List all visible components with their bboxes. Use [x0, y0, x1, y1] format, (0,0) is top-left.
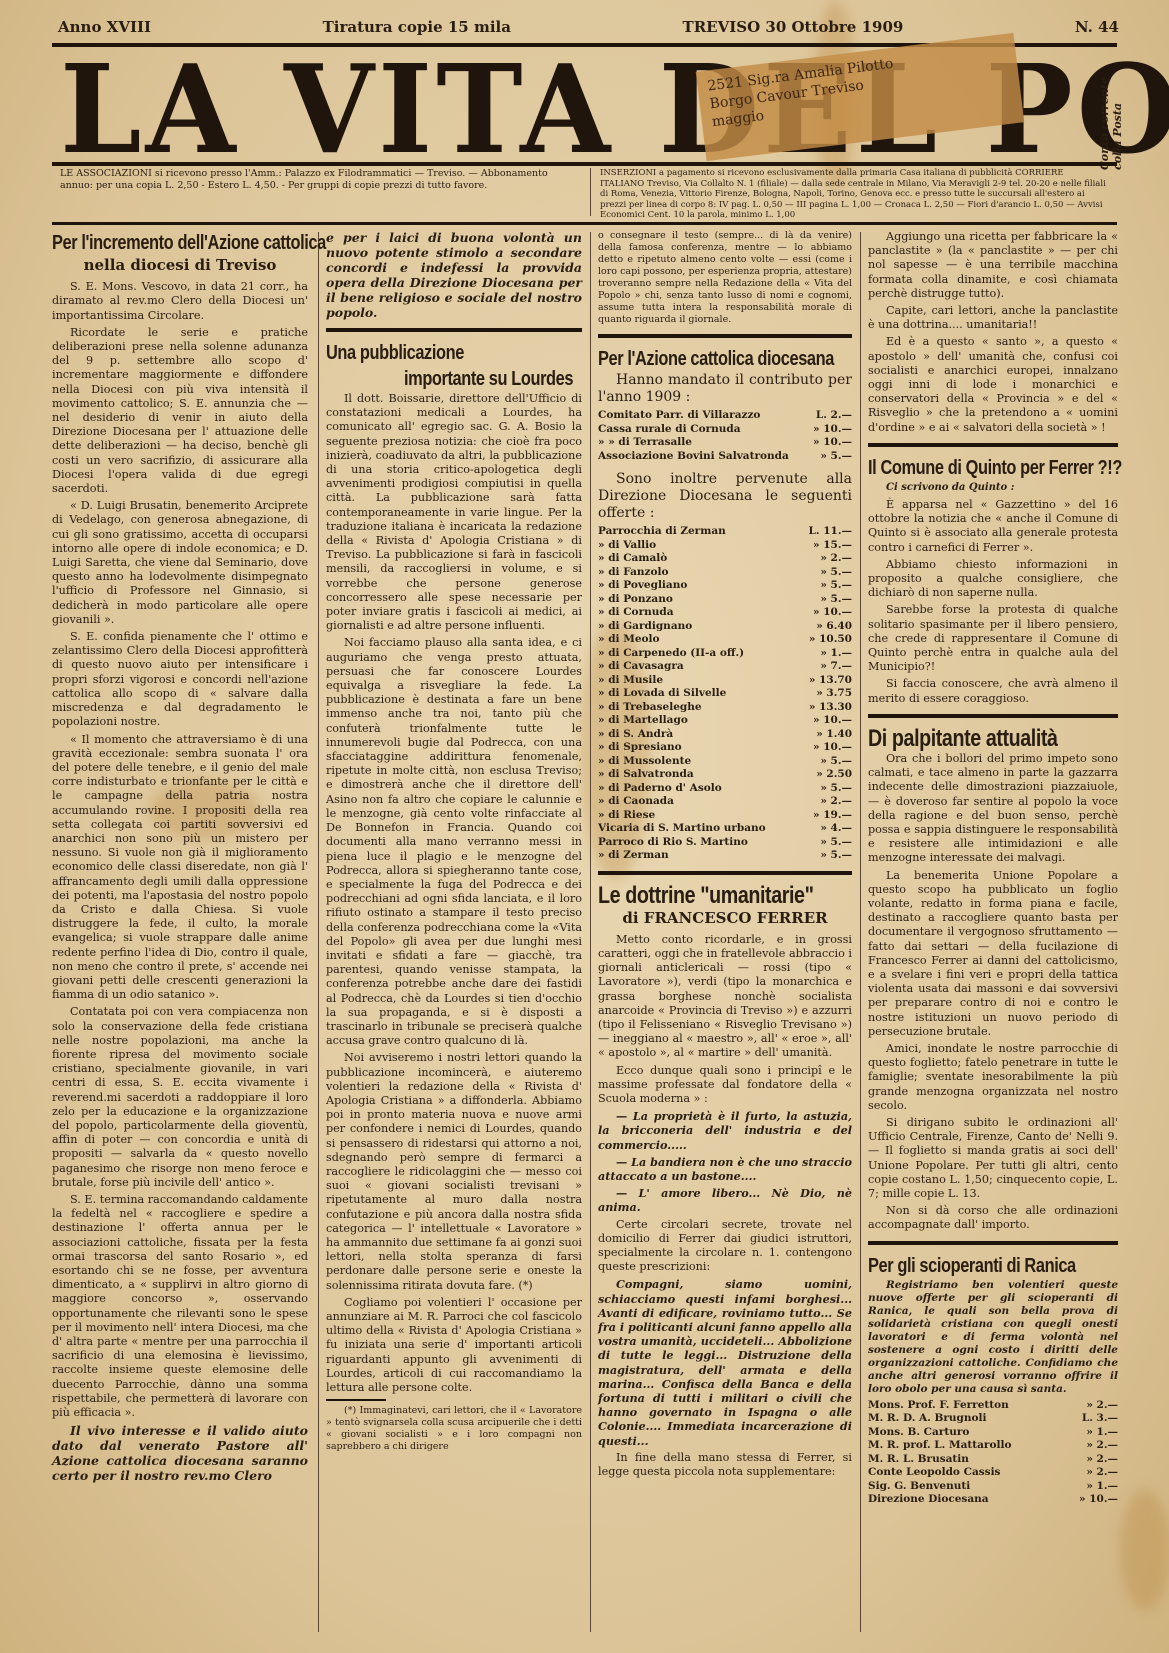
- donor: Cassa rurale di Cornuda: [598, 423, 809, 437]
- donor: » di Meolo: [598, 633, 800, 647]
- paragraph: Sarebbe forse la protesta di qualche sol…: [868, 603, 1118, 674]
- donor: » di Camalò: [598, 552, 800, 566]
- table-row: Sig. G. Benvenuti» 1.—: [868, 1480, 1118, 1494]
- paragraph: Ecco dunque quali sono i principî e le m…: [598, 1064, 852, 1107]
- offerte-table: Parrocchia di ZermanL. 11.—» di Vallio» …: [598, 525, 852, 863]
- donor: M. R. D. A. Brugnoli: [868, 1412, 1065, 1426]
- donor: » di Gardignano: [598, 620, 800, 634]
- donor: » di Fanzolo: [598, 566, 800, 580]
- donor: » di S. Andrà: [598, 728, 800, 742]
- paragraph: Noi avviseremo i nostri lettori quando l…: [326, 1051, 582, 1292]
- paragraph: S. E. Mons. Vescovo, in data 21 corr., h…: [52, 280, 308, 323]
- amount: » 13.70: [800, 674, 852, 688]
- article-subtitle: nella diocesi di Treviso: [52, 258, 308, 272]
- amount: » 10.—: [800, 741, 852, 755]
- amount: » 10.—: [1065, 1493, 1118, 1507]
- donor: » di Salvatronda: [598, 768, 800, 782]
- paragraph: La benemerita Unione Popolare a questo s…: [868, 869, 1118, 1039]
- table-row: » di Gardignano» 6.40: [598, 620, 852, 634]
- donor: » di Zerman: [598, 849, 800, 863]
- table-row: » di Musile» 13.70: [598, 674, 852, 688]
- amount: » 5.—: [809, 450, 852, 464]
- article-title: Per l'Azione cattolica diocesana: [598, 346, 806, 372]
- amount: » 4.—: [800, 822, 852, 836]
- donor: Mons. Prof. F. Ferretton: [868, 1399, 1065, 1413]
- donor: » di Riese: [598, 809, 800, 823]
- column-4: Aggiungo una ricetta per fabbricare la «…: [868, 230, 1118, 1507]
- donor: » di Ponzano: [598, 593, 800, 607]
- amount: » 2.50: [800, 768, 852, 782]
- donor: » di Lovada di Silvelle: [598, 687, 800, 701]
- table-row: » di Martellago» 10.—: [598, 714, 852, 728]
- paragraph: Noi facciamo plauso alla santa idea, e c…: [326, 636, 582, 1048]
- amount: » 1.—: [800, 647, 852, 661]
- donor: » di Caonada: [598, 795, 800, 809]
- donor: » di Cornuda: [598, 606, 800, 620]
- amount: » 5.—: [800, 849, 852, 863]
- paragraph: Abbiamo chiesto informazioni in proposit…: [868, 558, 1118, 601]
- donor: » di Carpenedo (II-a off.): [598, 647, 800, 661]
- article-subtitle: di FRANCESCO FERRER: [598, 911, 852, 925]
- divider: [590, 168, 591, 216]
- associazioni-info: LE ASSOCIAZIONI si ricevono presso l'Amm…: [60, 168, 580, 192]
- article-title: Di palpitante attualità: [868, 726, 1073, 752]
- intro: Registriamo ben volentieri queste nuove …: [868, 1279, 1118, 1396]
- donor: » di Povegliano: [598, 579, 800, 593]
- article-title: Per gli scioperanti di Ranica: [868, 1253, 1073, 1279]
- amount: » 1.—: [1065, 1480, 1118, 1494]
- paragraph: Aggiungo una ricetta per fabbricare la «…: [868, 230, 1118, 301]
- amount: L. 2.—: [809, 409, 852, 423]
- table-row: » di Mussolente» 5.—: [598, 755, 852, 769]
- donor: Associazione Bovini Salvatronda: [598, 450, 809, 464]
- amount: » 5.—: [800, 593, 852, 607]
- table-row: » di Carpenedo (II-a off.)» 1.—: [598, 647, 852, 661]
- table-row: » di Povegliano» 5.—: [598, 579, 852, 593]
- amount: » 2.—: [1065, 1399, 1118, 1413]
- paragraph: Il dott. Boissarie, direttore dell'Uffic…: [326, 392, 582, 633]
- donor: Conte Leopoldo Cassis: [868, 1466, 1065, 1480]
- amount: » 5.—: [800, 836, 852, 850]
- amount: » 2.—: [800, 795, 852, 809]
- table-row: Mons. Prof. F. Ferretton» 2.—: [868, 1399, 1118, 1413]
- footnote: (*) Immaginatevi, cari lettori, che il «…: [326, 1405, 582, 1453]
- donor: » di Martellago: [598, 714, 800, 728]
- amount: » 2.—: [1065, 1466, 1118, 1480]
- donor: » di Vallio: [598, 539, 800, 553]
- donor: » » di Terrasalle: [598, 436, 809, 450]
- paragraph: Amici, inondate le nostre parrocchie di …: [868, 1042, 1118, 1113]
- donor: Sig. G. Benvenuti: [868, 1480, 1065, 1494]
- prescriptions: Compagni, siamo uomini, schiacciamo ques…: [598, 1277, 852, 1447]
- footnote-rule: [326, 1399, 386, 1401]
- paragraph: Si faccia conoscere, che avrà almeno il …: [868, 677, 1118, 705]
- table-row: » di Caonada» 2.—: [598, 795, 852, 809]
- table-row: » di Lovada di Silvelle» 3.75: [598, 687, 852, 701]
- paragraph: « Il momento che attraversiamo è di una …: [52, 733, 308, 1003]
- paragraph: È apparsa nel « Gazzettino » del 16 otto…: [868, 498, 1118, 555]
- table-row: Mons. B. Carturo» 1.—: [868, 1426, 1118, 1440]
- amount: » 10.—: [800, 606, 852, 620]
- table-row: » » di Terrasalle» 10.—: [598, 436, 852, 450]
- stain: [1120, 1490, 1169, 1610]
- inserzioni-info: INSERZIONI a pagamento si ricevono esclu…: [600, 168, 1110, 221]
- table-row: » di Paderno d' Asolo» 5.—: [598, 782, 852, 796]
- table-row: Direzione Diocesana» 10.—: [868, 1493, 1118, 1507]
- donor: Parrocchia di Zerman: [598, 525, 800, 539]
- quote: — La bandiera non è che uno straccio att…: [598, 1155, 852, 1183]
- table-row: » di Vallio» 15.—: [598, 539, 852, 553]
- paragraph: Certe circolari secrete, trovate nel dom…: [598, 1218, 852, 1275]
- table-row: Associazione Bovini Salvatronda» 5.—: [598, 450, 852, 464]
- amount: » 2.—: [800, 552, 852, 566]
- paragraph: Contatata poi con vera compiacenza non s…: [52, 1005, 308, 1190]
- rule: [52, 222, 1117, 225]
- article-title: Per l'incremento dell'Azione cattolica: [52, 230, 262, 256]
- amount: » 10.—: [809, 436, 852, 450]
- table-row: » di Riese» 19.—: [598, 809, 852, 823]
- separator: [598, 334, 852, 338]
- table-row: M. R. D. A. BrugnoliL. 3.—: [868, 1412, 1118, 1426]
- amount: » 10.—: [800, 714, 852, 728]
- amount: » 5.—: [800, 566, 852, 580]
- table-row: » di Salvatronda» 2.50: [598, 768, 852, 782]
- closing-italic: Il vivo interesse e il valido aiuto dato…: [52, 1423, 308, 1483]
- separator: [326, 328, 582, 332]
- donor: Parroco di Rio S. Martino: [598, 836, 800, 850]
- amount: » 5.—: [800, 579, 852, 593]
- amount: » 5.—: [800, 755, 852, 769]
- table-row: » di Cornuda» 10.—: [598, 606, 852, 620]
- donor: Mons. B. Carturo: [868, 1426, 1065, 1440]
- column-1: Per l'incremento dell'Azione cattolica n…: [52, 230, 308, 1486]
- amount: » 2.—: [1065, 1439, 1118, 1453]
- column-3: o consegnare il testo (sempre... di là d…: [598, 230, 852, 1482]
- column-divider: [590, 232, 591, 1632]
- table-row: Vicaria di S. Martino urbano» 4.—: [598, 822, 852, 836]
- table-row: » di Ponzano» 5.—: [598, 593, 852, 607]
- article-title: Le dottrine "umanitarie": [598, 883, 806, 909]
- donor: M. R. prof. L. Mattarollo: [868, 1439, 1065, 1453]
- intro: Hanno mandato il contributo per l'anno 1…: [598, 372, 852, 406]
- table-row: » di Meolo» 10.50: [598, 633, 852, 647]
- table-row: » di Cavasagra» 7.—: [598, 660, 852, 674]
- amount: » 7.—: [800, 660, 852, 674]
- amount: » 10.—: [809, 423, 852, 437]
- separator: [598, 871, 852, 875]
- donor: » di Paderno d' Asolo: [598, 782, 800, 796]
- amount: L. 11.—: [800, 525, 852, 539]
- ranica-table: Mons. Prof. F. Ferretton» 2.—M. R. D. A.…: [868, 1399, 1118, 1507]
- donor: Direzione Diocesana: [868, 1493, 1065, 1507]
- table-row: Cassa rurale di Cornuda» 10.—: [598, 423, 852, 437]
- donor: Comitato Parr. di Villarazzo: [598, 409, 809, 423]
- paragraph: Ed è a questo « santo », a questo « apos…: [868, 335, 1118, 434]
- paragraph: Ricordate le serie e pratiche deliberazi…: [52, 326, 308, 496]
- paragraph: Ora che i bollori del primo impeto sono …: [868, 752, 1118, 866]
- separator: [868, 443, 1118, 447]
- paragraph: Si dirigano subito le ordinazioni all' U…: [868, 1116, 1118, 1201]
- amount: » 5.—: [800, 782, 852, 796]
- amount: » 2.—: [1065, 1453, 1118, 1467]
- amount: » 6.40: [800, 620, 852, 634]
- amount: » 1.40: [800, 728, 852, 742]
- article-title: Il Comune di Quinto per Ferrer ?!?: [868, 455, 1073, 481]
- donor: Vicaria di S. Martino urbano: [598, 822, 800, 836]
- column-2: e per i laici di buona volontà un nuovo …: [326, 230, 582, 1456]
- separator: [868, 714, 1118, 718]
- paragraph: « D. Luigi Brusatin, benemerito Arcipret…: [52, 499, 308, 627]
- table-row: » di Camalò» 2.—: [598, 552, 852, 566]
- amount: L. 3.—: [1065, 1412, 1118, 1426]
- amount: » 13.30: [800, 701, 852, 715]
- amount: » 10.50: [800, 633, 852, 647]
- table-row: » di Zerman» 5.—: [598, 849, 852, 863]
- quote: — La proprietà è il furto, la astuzia, l…: [598, 1109, 852, 1152]
- table-row: M. R. prof. L. Mattarollo» 2.—: [868, 1439, 1118, 1453]
- continuation-italic: e per i laici di buona volontà un nuovo …: [326, 230, 582, 320]
- column-divider: [318, 232, 319, 1632]
- donor: » di Musile: [598, 674, 800, 688]
- table-row: Parroco di Rio S. Martino» 5.—: [598, 836, 852, 850]
- footnote-continuation: o consegnare il testo (sempre... di là d…: [598, 230, 852, 326]
- article-title: importante su Lourdes: [404, 366, 550, 392]
- donor: » di Mussolente: [598, 755, 800, 769]
- table-row: » di Spresiano» 10.—: [598, 741, 852, 755]
- contributi-table: Comitato Parr. di VillarazzoL. 2.— Cassa…: [598, 409, 852, 463]
- paragraph: Cogliamo poi volentieri l' occasione per…: [326, 1296, 582, 1395]
- column-divider: [860, 232, 861, 1632]
- amount: » 19.—: [800, 809, 852, 823]
- paragraph: Capite, cari lettori, anche la panclasti…: [868, 304, 1118, 332]
- table-row: Parrocchia di ZermanL. 11.—: [598, 525, 852, 539]
- byline: Ci scrivono da Quinto :: [868, 481, 1118, 495]
- amount: » 15.—: [800, 539, 852, 553]
- rule: [52, 162, 1117, 166]
- donor: » di Cavasagra: [598, 660, 800, 674]
- intro: Sono inoltre pervenute alla Direzione Di…: [598, 471, 852, 522]
- quote: — L' amore libero... Nè Dio, nè anima.: [598, 1186, 852, 1214]
- separator: [868, 1241, 1118, 1245]
- table-row: » di Trebaseleghe» 13.30: [598, 701, 852, 715]
- postal-note: Conto corrente colla Posta: [1098, 70, 1120, 170]
- table-row: » di Fanzolo» 5.—: [598, 566, 852, 580]
- paragraph: S. E. confida pienamente che l' ottimo e…: [52, 630, 308, 729]
- table-row: M. R. L. Brusatin» 2.—: [868, 1453, 1118, 1467]
- paragraph: Non si dà corso che alle ordinazioni acc…: [868, 1204, 1118, 1232]
- paragraph: Metto conto ricordarle, e in grossi cara…: [598, 933, 852, 1061]
- paragraph: S. E. termina raccomandando caldamente l…: [52, 1193, 308, 1420]
- article-title: Una pubblicazione: [326, 340, 536, 366]
- table-row: Conte Leopoldo Cassis» 2.—: [868, 1466, 1118, 1480]
- table-row: » di S. Andrà» 1.40: [598, 728, 852, 742]
- amount: » 3.75: [800, 687, 852, 701]
- amount: » 1.—: [1065, 1426, 1118, 1440]
- donor: » di Trebaseleghe: [598, 701, 800, 715]
- donor: M. R. L. Brusatin: [868, 1453, 1065, 1467]
- table-row: Comitato Parr. di VillarazzoL. 2.—: [598, 409, 852, 423]
- paragraph: In fine della mano stessa di Ferrer, si …: [598, 1451, 852, 1479]
- donor: » di Spresiano: [598, 741, 800, 755]
